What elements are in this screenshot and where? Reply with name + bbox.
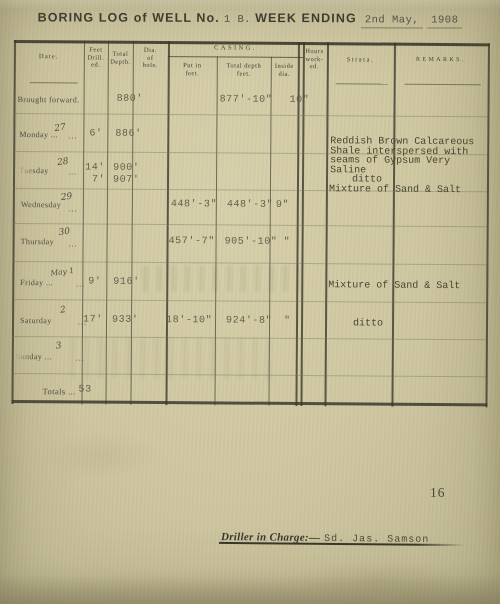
row-day: Saturday: [20, 316, 52, 325]
handwritten-date: 28: [57, 157, 70, 168]
cell-casing-total: 924'-8": [226, 315, 272, 326]
row-rule: [13, 223, 487, 227]
table-right-border: [485, 43, 490, 407]
header-date: Date.: [14, 53, 84, 61]
header-put-in-feet: Put in feet.: [168, 62, 217, 78]
strata-note: Mixture of Sand & Salt: [328, 281, 460, 292]
row-rule: [12, 299, 486, 303]
strata-note: Reddish Brown Calcareous Shale intersper…: [330, 137, 474, 176]
cell-put-in: 18'-10": [166, 315, 212, 326]
cell-total-depth: 886': [115, 129, 141, 140]
column-rule: [391, 43, 396, 407]
leader-dots: ...: [69, 239, 78, 248]
document-title: BORING LOG of WELL No. 1 B. WEEK ENDING …: [0, 8, 500, 27]
leader-dots: ...: [69, 204, 78, 213]
paper-stain: [300, 560, 460, 600]
table-bottom-border: [11, 400, 487, 406]
cell-totals-feet: 53: [79, 384, 92, 395]
cell-total-depth-2: 907': [113, 175, 139, 186]
title-week-ending-label: WEEK ENDING: [255, 11, 357, 25]
boring-log-table: Date. Feet Drill. ed. Total Depth. Dia. …: [11, 40, 490, 407]
handwritten-date: 3: [55, 341, 62, 352]
handwritten-date: May 1: [50, 266, 75, 278]
header-feet-drilled: Feet Drill. ed.: [84, 46, 108, 69]
handwritten-date: 30: [58, 227, 71, 238]
row-day: Monday ...: [19, 130, 58, 139]
cell-feet-drilled-2: 7': [92, 175, 105, 186]
cell-total-depth: 933': [112, 315, 138, 326]
cell-inside-dia: ": [284, 316, 291, 327]
row-totals-label: Totals ...: [43, 386, 76, 396]
leader-dots: ...: [68, 167, 77, 176]
header-strata: Strata.: [327, 56, 394, 64]
page-number: 16: [430, 485, 446, 501]
header-dia-of-hole: Dia. of hole.: [133, 47, 168, 70]
strata-note-ditto: ditto: [353, 319, 383, 329]
cell-put-in: 457'-7": [169, 236, 215, 247]
paper-stain: [40, 430, 160, 480]
leader-dots: ...: [68, 131, 77, 140]
title-year: 1908: [427, 14, 462, 28]
row-day: Friday ...: [20, 278, 53, 287]
leader-dots: ...: [76, 353, 85, 362]
row-day: Tuesday: [19, 166, 49, 175]
remarks-header-rule: [405, 84, 481, 86]
header-casing: Casing.: [168, 44, 303, 53]
title-prefix: BORING LOG of WELL No.: [38, 10, 220, 24]
title-well-number: 1 B.: [224, 14, 251, 26]
cell-casing-total: 877'-10": [220, 94, 273, 105]
strata-note: Mixture of Sand & Salt: [329, 185, 461, 196]
cell-total-depth: 916': [113, 277, 139, 288]
handwritten-date: 27: [54, 123, 67, 134]
casing-header-rule: [168, 56, 303, 58]
handwritten-date: 29: [60, 192, 73, 203]
row-day: Wednesday: [21, 200, 61, 209]
cell-feet-drilled: 17': [83, 314, 103, 325]
cell-feet-drilled: 6': [89, 129, 102, 140]
cell-inside-dia: ": [284, 237, 291, 248]
header-inside-dia: Inside dia.: [271, 63, 298, 78]
cell-put-in: 448'-3": [171, 199, 217, 210]
cell-inside-dia: 10": [290, 95, 310, 106]
header-casing-total-depth: Total depth feet.: [217, 62, 271, 78]
strata-header-rule: [336, 83, 388, 84]
cell-inside-dia: 9": [276, 200, 289, 211]
handwritten-date: 2: [59, 305, 66, 316]
row-day: Brought forward.: [18, 95, 80, 104]
cell-casing-total: 905'-10": [225, 236, 278, 247]
cell-feet-drilled: 9': [88, 277, 101, 288]
header-total-depth: Total Depth.: [108, 51, 133, 66]
cell-total-depth: 880': [117, 94, 143, 105]
cell-feet-drilled: 14': [85, 162, 105, 173]
leader-dots: ...: [76, 279, 85, 288]
cell-total-depth: 900': [113, 163, 139, 174]
row-rule: [13, 113, 487, 117]
header-remarks: Remarks.: [394, 57, 488, 65]
scanned-boring-log-page: { "document": { "title": { "prefix": "BO…: [0, 0, 500, 604]
cell-casing-total: 448'-3": [227, 199, 273, 210]
header-hours-worked: Hours work- ed.: [302, 48, 327, 71]
row-day: Thursday: [21, 237, 54, 246]
title-date: 2nd May,: [361, 14, 423, 28]
date-header-rule: [30, 82, 78, 83]
row-day: Sunday ...: [16, 352, 52, 361]
